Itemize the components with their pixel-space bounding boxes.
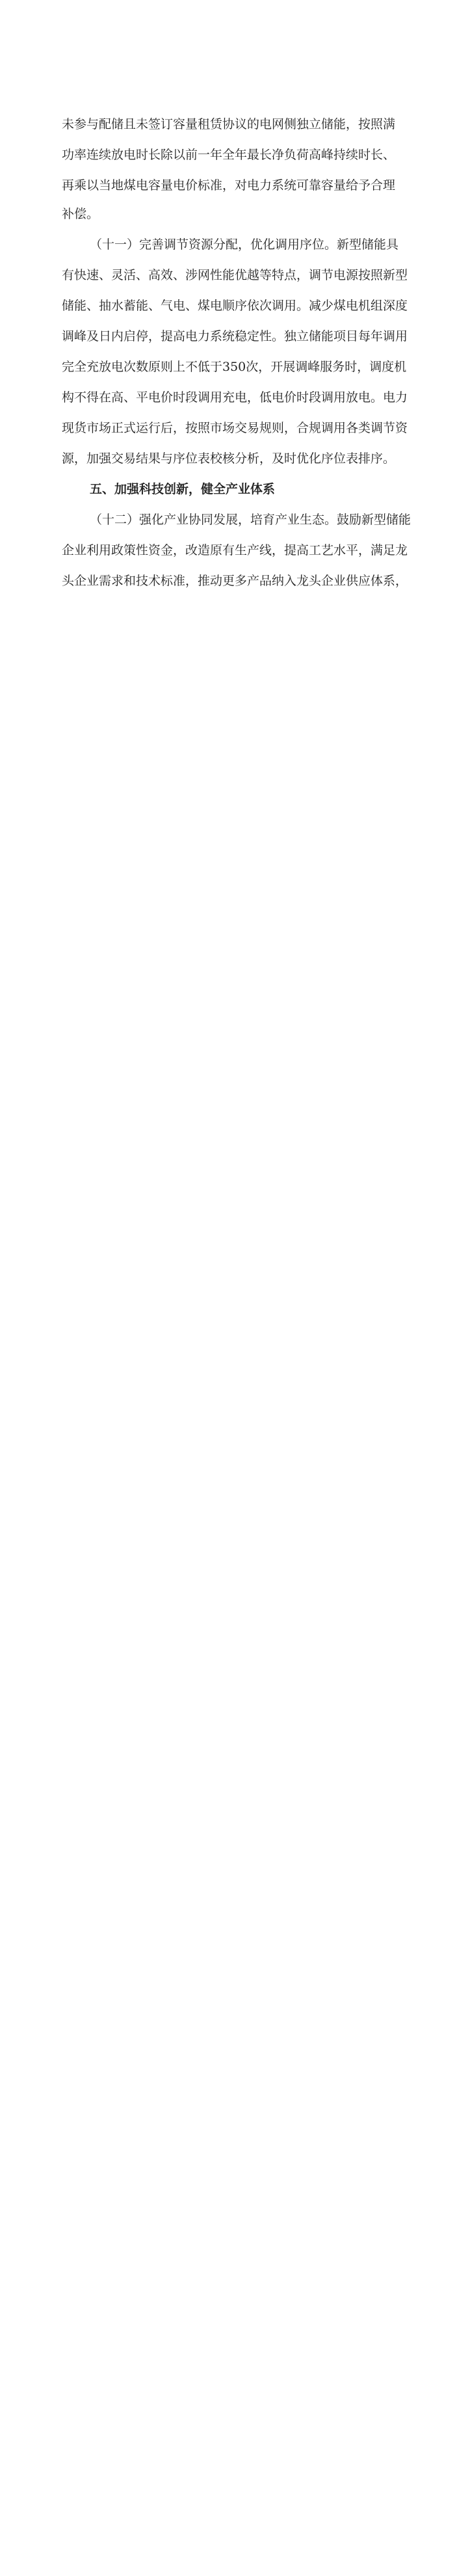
paragraph-line: 源，加强交易结果与序位表校核分析，及时优化序位表排序。 — [62, 449, 395, 468]
paragraph-line: 未参与配储且未签订容量租赁协议的电网侧独立储能，按照满 — [62, 114, 395, 134]
section-heading-5: 五、加强科技创新，健全产业体系 — [90, 479, 395, 499]
paragraph-line: 现货市场正式运行后，按照市场交易规则，合规调用各类调节资 — [62, 418, 395, 438]
paragraph-line: 储能、抽水蓄能、气电、煤电顺序依次调用。减少煤电机组深度 — [62, 296, 395, 315]
paragraph-line: 再乘以当地煤电容量电价标准，对电力系统可靠容量给予合理 — [62, 176, 395, 195]
paragraph-line: 企业利用政策性资金，改造原有生产线，提高工艺水平，满足龙 — [62, 541, 395, 560]
paragraph-line: 补偿。 — [62, 204, 395, 224]
paragraph-line: 有快速、灵活、高效、涉网性能优越等特点，调节电源按照新型 — [62, 265, 395, 285]
clause-11-line: （十一）完善调节资源分配，优化调用序位。新型储能具 — [90, 235, 395, 254]
paragraph-line: 完全充放电次数原则上不低于350次，开展调峰服务时，调度机 — [62, 357, 395, 377]
paragraph-line: 头企业需求和技术标准，推动更多产品纳入龙头企业供应体系， — [62, 571, 395, 591]
paragraph-line: 调峰及日内启停，提高电力系统稳定性。独立储能项目每年调用 — [62, 327, 395, 346]
paragraph-line: 功率连续放电时长除以前一年全年最长净负荷高峰持续时长、 — [62, 145, 395, 165]
paragraph-line: 构不得在高、平电价时段调用充电，低电价时段调用放电。电力 — [62, 388, 395, 407]
clause-12-line: （十二）强化产业协同发展，培育产业生态。鼓励新型储能 — [90, 510, 395, 530]
